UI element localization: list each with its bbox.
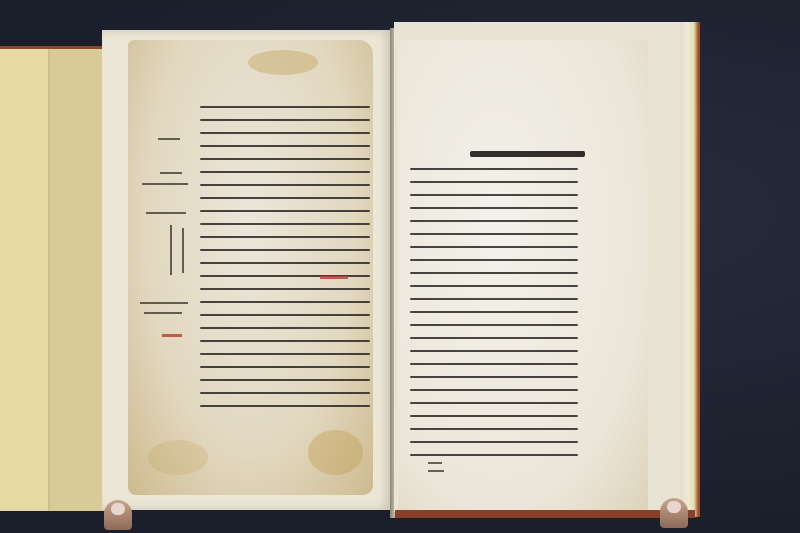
margin-note	[140, 302, 188, 304]
left-thumb	[104, 500, 132, 530]
right-main-text	[410, 168, 578, 467]
red-margin-note	[162, 334, 182, 337]
bismillah-heading	[470, 151, 585, 157]
margin-note-vertical	[182, 228, 184, 273]
stain	[308, 430, 363, 475]
page-edges	[680, 22, 700, 517]
margin-note-vertical	[170, 225, 172, 275]
margin-note	[144, 312, 182, 314]
red-heading-word	[320, 276, 348, 279]
left-endpaper	[48, 49, 110, 511]
bottom-cover-edge	[395, 510, 695, 518]
margin-note	[158, 138, 180, 140]
left-main-text	[200, 106, 370, 418]
stain	[148, 440, 208, 475]
colophon-note	[428, 462, 442, 464]
margin-note	[142, 183, 188, 185]
stain	[248, 50, 318, 75]
margin-note	[160, 172, 182, 174]
colophon-note	[428, 470, 444, 472]
left-cover-board	[0, 46, 110, 511]
margin-note	[146, 212, 186, 214]
right-thumb	[660, 498, 688, 528]
